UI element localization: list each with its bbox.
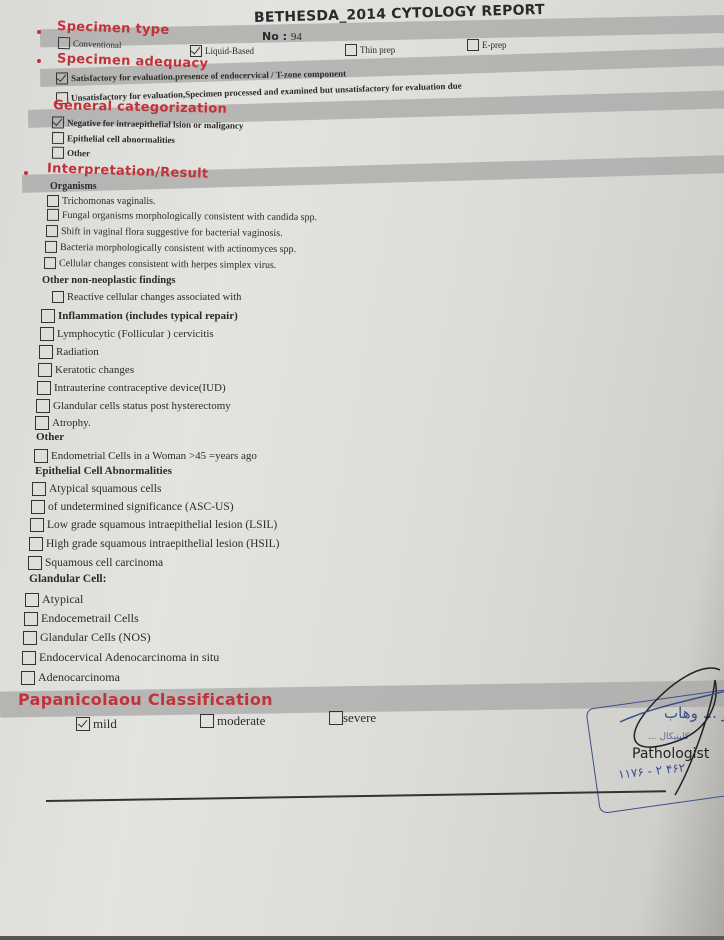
- organisms-label: Organisms: [50, 181, 97, 192]
- checkbox-icon[interactable]: [22, 651, 36, 665]
- checkbox-icon[interactable]: [41, 309, 55, 323]
- report-number: No : 94: [262, 30, 302, 43]
- checkbox-icon[interactable]: [329, 711, 343, 725]
- checkbox-icon[interactable]: [23, 631, 37, 645]
- checkbox-icon[interactable]: [25, 593, 39, 607]
- checkbox-icon[interactable]: [52, 132, 64, 144]
- checkbox-icon[interactable]: [47, 195, 59, 207]
- glandular-label: Glandular Cell:: [29, 573, 106, 585]
- non-neoplastic-option[interactable]: Reactive cellular changes associated wit…: [52, 291, 241, 303]
- checkbox-icon[interactable]: [467, 39, 479, 51]
- checkbox-icon[interactable]: [32, 482, 46, 496]
- organism-option[interactable]: Fungal organisms morphologically consist…: [47, 209, 317, 223]
- bullet-icon: [24, 171, 28, 175]
- organism-option[interactable]: Bacteria morphologically consistent with…: [45, 241, 296, 255]
- checkbox-icon[interactable]: [52, 291, 64, 303]
- bullet-icon: [37, 59, 41, 63]
- checkbox-icon[interactable]: [24, 612, 38, 626]
- non-neoplastic-option[interactable]: Keratotic changes: [38, 363, 134, 377]
- epithelial-option[interactable]: Atypical squamous cells: [32, 482, 161, 496]
- checkbox-checked-icon[interactable]: [52, 116, 64, 128]
- signature-line: [46, 790, 666, 801]
- epithelial-option[interactable]: High grade squamous intraepithelial lesi…: [29, 537, 279, 551]
- glandular-option[interactable]: Endocemetrail Cells: [24, 611, 139, 626]
- checkbox-checked-icon[interactable]: [76, 717, 90, 731]
- specimen-type-option[interactable]: E-prep: [467, 39, 507, 51]
- organism-option[interactable]: Shift in vaginal flora suggestive for ba…: [46, 225, 283, 239]
- checkbox-icon[interactable]: [58, 37, 70, 49]
- non-neoplastic-option[interactable]: Inflammation (includes typical repair): [41, 309, 238, 323]
- glandular-option[interactable]: Endocervical Adenocarcinoma in situ: [22, 650, 219, 665]
- papanicolaou-option[interactable]: severe: [329, 710, 376, 726]
- checkbox-icon[interactable]: [35, 416, 49, 430]
- checkbox-checked-icon[interactable]: [56, 72, 68, 84]
- page-edge: [0, 936, 724, 940]
- other-option[interactable]: Endometrial Cells in a Woman >45 =years …: [34, 449, 257, 463]
- non-neoplastic-option[interactable]: Intrauterine contraceptive device(IUD): [37, 381, 226, 395]
- general-categorization-option[interactable]: Epithelial cell abnormalities: [52, 132, 175, 146]
- organism-option[interactable]: Trichomonas vaginalis.: [47, 195, 156, 207]
- checkbox-icon[interactable]: [47, 209, 59, 221]
- checkbox-icon[interactable]: [30, 518, 44, 532]
- report-number-value: 94: [291, 31, 302, 43]
- other-label: Other: [36, 431, 64, 443]
- checkbox-icon[interactable]: [37, 381, 51, 395]
- specimen-type-option[interactable]: Conventional: [58, 37, 122, 51]
- non-neoplastic-label: Other non-neoplastic findings: [42, 275, 175, 286]
- non-neoplastic-option[interactable]: Atrophy.: [35, 416, 91, 430]
- epithelial-option[interactable]: Squamous cell carcinoma: [28, 556, 163, 570]
- papanicolaou-option[interactable]: moderate: [200, 713, 265, 729]
- checkbox-icon[interactable]: [36, 399, 50, 413]
- checkbox-icon[interactable]: [46, 225, 58, 237]
- cytology-report-page: BETHESDA_2014 CYTOLOGY REPORT Specimen t…: [0, 0, 724, 940]
- glandular-option[interactable]: Adenocarcinoma: [21, 670, 120, 685]
- checkbox-icon[interactable]: [44, 257, 56, 269]
- non-neoplastic-option[interactable]: Lymphocytic (Follicular ) cervicitis: [40, 327, 214, 341]
- epithelial-option[interactable]: of undetermined significance (ASC-US): [31, 500, 234, 514]
- papanicolaou-option[interactable]: mild: [76, 716, 117, 732]
- general-categorization-option[interactable]: Negative for intraepithelial lsion or ma…: [52, 116, 244, 131]
- checkbox-icon[interactable]: [52, 147, 64, 159]
- epithelial-label: Epithelial Cell Abnormalities: [35, 465, 172, 477]
- bullet-icon: [37, 30, 41, 34]
- non-neoplastic-option[interactable]: Glandular cells status post hysterectomy: [36, 399, 231, 413]
- checkbox-icon[interactable]: [345, 44, 357, 56]
- checkbox-icon[interactable]: [29, 537, 43, 551]
- report-number-label: No :: [262, 30, 287, 43]
- checkbox-icon[interactable]: [21, 671, 35, 685]
- checkbox-icon[interactable]: [39, 345, 53, 359]
- specimen-type-option[interactable]: Thin prep: [345, 44, 395, 56]
- checkbox-icon[interactable]: [45, 241, 57, 253]
- checkbox-icon[interactable]: [34, 449, 48, 463]
- epithelial-option[interactable]: Low grade squamous intraepithelial lesio…: [30, 518, 277, 532]
- specimen-type-option[interactable]: Liquid-Based: [190, 45, 254, 57]
- checkbox-icon[interactable]: [38, 363, 52, 377]
- checkbox-icon[interactable]: [31, 500, 45, 514]
- checkbox-icon[interactable]: [200, 714, 214, 728]
- checkbox-icon[interactable]: [28, 556, 42, 570]
- glandular-option[interactable]: Glandular Cells (NOS): [23, 630, 151, 645]
- glandular-option[interactable]: Atypical: [25, 592, 83, 607]
- papanicolaou-heading: Papanicolaou Classification: [18, 690, 273, 709]
- non-neoplastic-option[interactable]: Radiation: [39, 345, 99, 359]
- general-categorization-option[interactable]: Other: [52, 147, 90, 160]
- organism-option[interactable]: Cellular changes consistent with herpes …: [44, 257, 277, 271]
- checkbox-icon[interactable]: [40, 327, 54, 341]
- signature-icon: [620, 660, 724, 800]
